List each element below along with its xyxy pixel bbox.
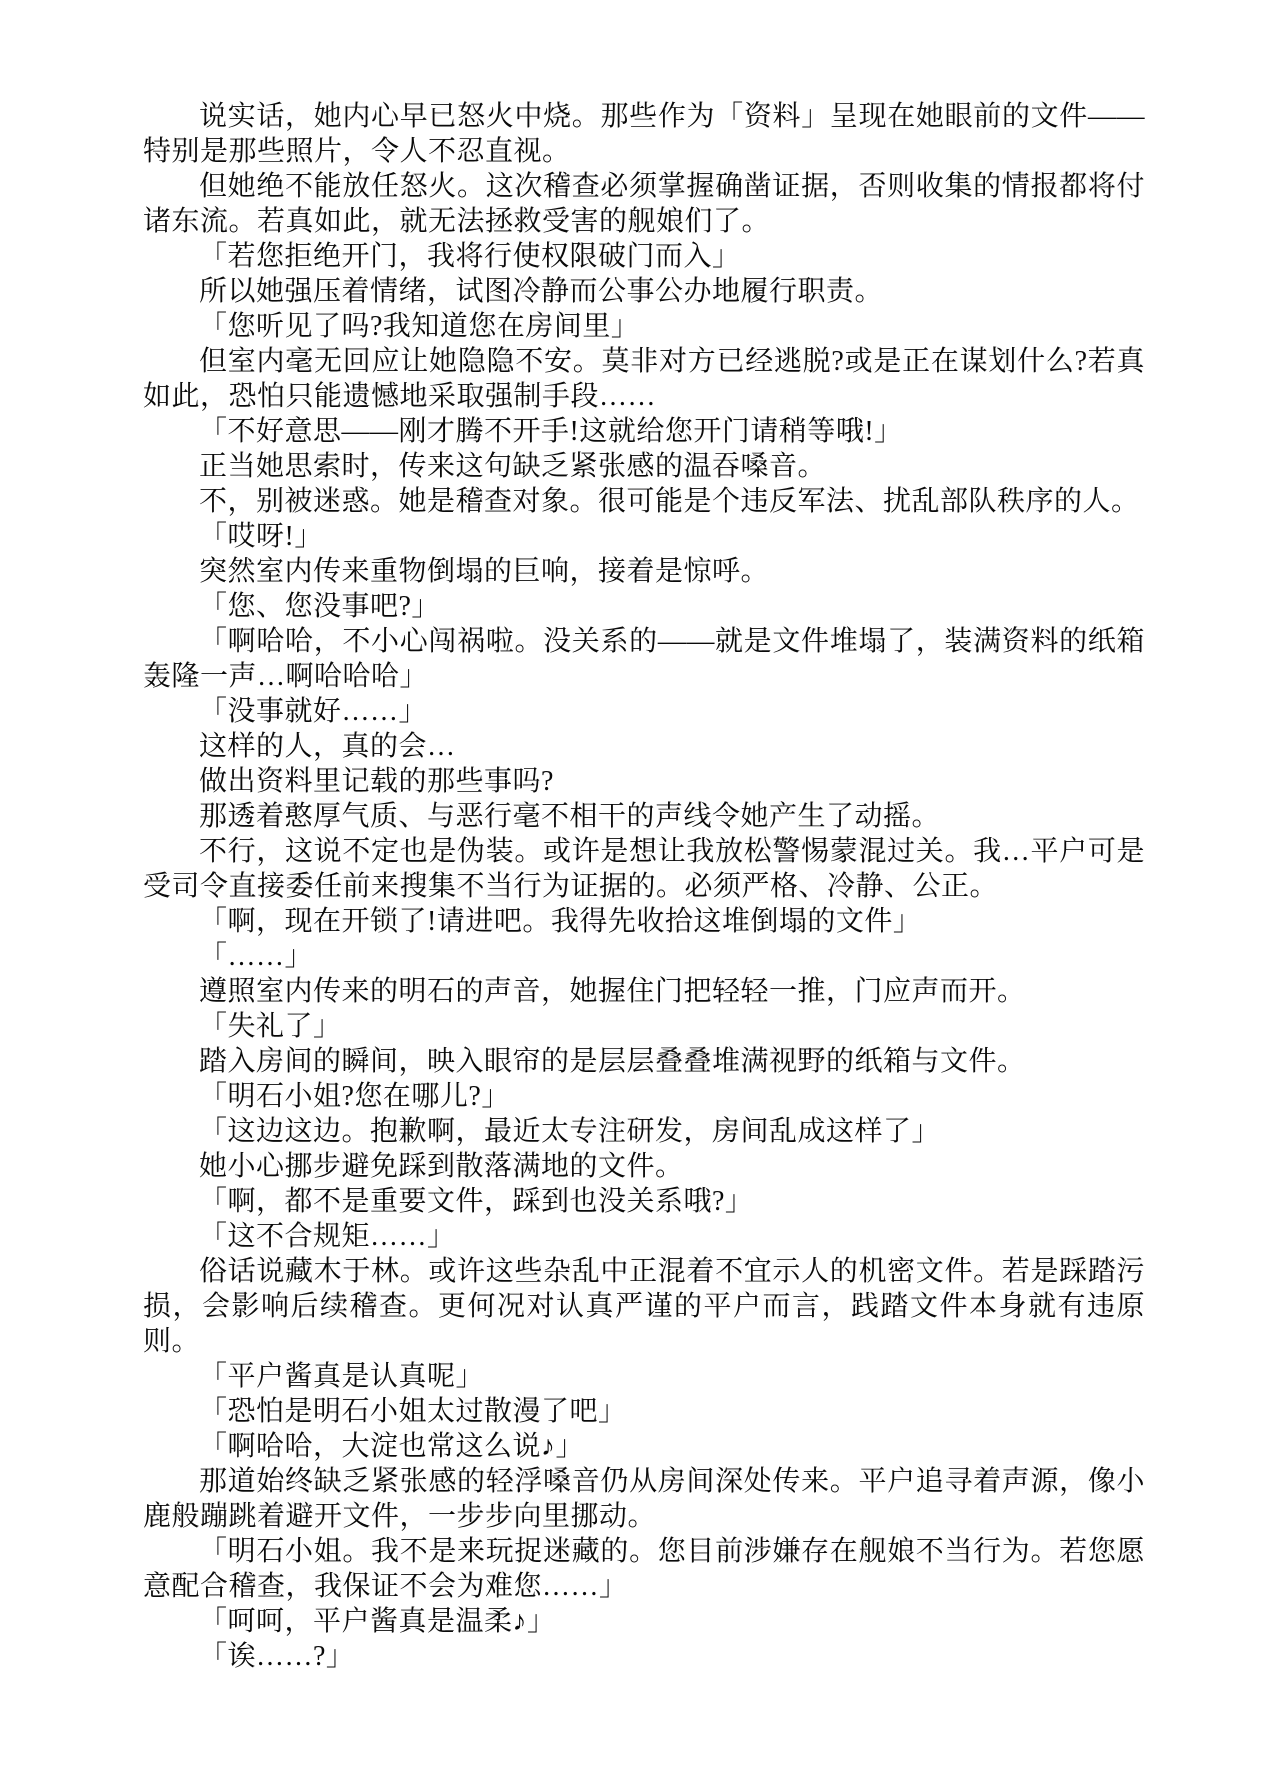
paragraph-15: 这样的人，真的会… <box>143 729 1145 764</box>
paragraph-18: 不行，这说不定也是伪装。或许是想让我放松警惕蒙混过关。我…平户可是受司令直接委任… <box>143 834 1145 904</box>
paragraph-36: 「诶……?」 <box>143 1639 1145 1674</box>
paragraph-20: 「……」 <box>143 939 1145 974</box>
paragraph-28: 「这不合规矩……」 <box>143 1219 1145 1254</box>
paragraph-4: 所以她强压着情绪，试图冷静而公事公办地履行职责。 <box>143 274 1145 309</box>
novel-text: 说实话，她内心早已怒火中烧。那些作为「资料」呈现在她眼前的文件——特别是那些照片… <box>143 99 1145 1674</box>
paragraph-1: 说实话，她内心早已怒火中烧。那些作为「资料」呈现在她眼前的文件——特别是那些照片… <box>143 99 1145 169</box>
paragraph-14: 「没事就好……」 <box>143 694 1145 729</box>
paragraph-35: 「呵呵，平户酱真是温柔♪」 <box>143 1604 1145 1639</box>
paragraph-32: 「啊哈哈，大淀也常这么说♪」 <box>143 1429 1145 1464</box>
paragraph-19: 「啊，现在开锁了!请进吧。我得先收拾这堆倒塌的文件」 <box>143 904 1145 939</box>
paragraph-29: 俗话说藏木于林。或许这些杂乱中正混着不宜示人的机密文件。若是踩踏污损，会影响后续… <box>143 1254 1145 1359</box>
paragraph-2: 但她绝不能放任怒火。这次稽查必须掌握确凿证据，否则收集的情报都将付诸东流。若真如… <box>143 169 1145 239</box>
paragraph-17: 那透着憨厚气质、与恶行毫不相干的声线令她产生了动摇。 <box>143 799 1145 834</box>
paragraph-11: 突然室内传来重物倒塌的巨响，接着是惊呼。 <box>143 554 1145 589</box>
paragraph-30: 「平户酱真是认真呢」 <box>143 1359 1145 1394</box>
paragraph-21: 遵照室内传来的明石的声音，她握住门把轻轻一推，门应声而开。 <box>143 974 1145 1009</box>
paragraph-9: 不，别被迷惑。她是稽查对象。很可能是个违反军法、扰乱部队秩序的人。 <box>143 484 1145 519</box>
paragraph-31: 「恐怕是明石小姐太过散漫了吧」 <box>143 1394 1145 1429</box>
paragraph-6: 但室内毫无回应让她隐隐不安。莫非对方已经逃脱?或是正在谋划什么?若真如此，恐怕只… <box>143 344 1145 414</box>
paragraph-25: 「这边这边。抱歉啊，最近太专注研发，房间乱成这样了」 <box>143 1114 1145 1149</box>
paragraph-23: 踏入房间的瞬间，映入眼帘的是层层叠叠堆满视野的纸箱与文件。 <box>143 1044 1145 1079</box>
paragraph-24: 「明石小姐?您在哪儿?」 <box>143 1079 1145 1114</box>
paragraph-5: 「您听见了吗?我知道您在房间里」 <box>143 309 1145 344</box>
paragraph-26: 她小心挪步避免踩到散落满地的文件。 <box>143 1149 1145 1184</box>
paragraph-10: 「哎呀!」 <box>143 519 1145 554</box>
paragraph-33: 那道始终缺乏紧张感的轻浮嗓音仍从房间深处传来。平户追寻着声源，像小鹿般蹦跳着避开… <box>143 1464 1145 1534</box>
paragraph-16: 做出资料里记载的那些事吗? <box>143 764 1145 799</box>
paragraph-8: 正当她思索时，传来这句缺乏紧张感的温吞嗓音。 <box>143 449 1145 484</box>
paragraph-7: 「不好意思——刚才腾不开手!这就给您开门请稍等哦!」 <box>143 414 1145 449</box>
paragraph-34: 「明石小姐。我不是来玩捉迷藏的。您目前涉嫌存在舰娘不当行为。若您愿意配合稽查，我… <box>143 1534 1145 1604</box>
paragraph-13: 「啊哈哈，不小心闯祸啦。没关系的——就是文件堆塌了，装满资料的纸箱轰隆一声…啊哈… <box>143 624 1145 694</box>
paragraph-22: 「失礼了」 <box>143 1009 1145 1044</box>
paragraph-12: 「您、您没事吧?」 <box>143 589 1145 624</box>
document-page: 说实话，她内心早已怒火中烧。那些作为「资料」呈现在她眼前的文件——特别是那些照片… <box>0 0 1280 1790</box>
paragraph-3: 「若您拒绝开门，我将行使权限破门而入」 <box>143 239 1145 274</box>
paragraph-27: 「啊，都不是重要文件，踩到也没关系哦?」 <box>143 1184 1145 1219</box>
